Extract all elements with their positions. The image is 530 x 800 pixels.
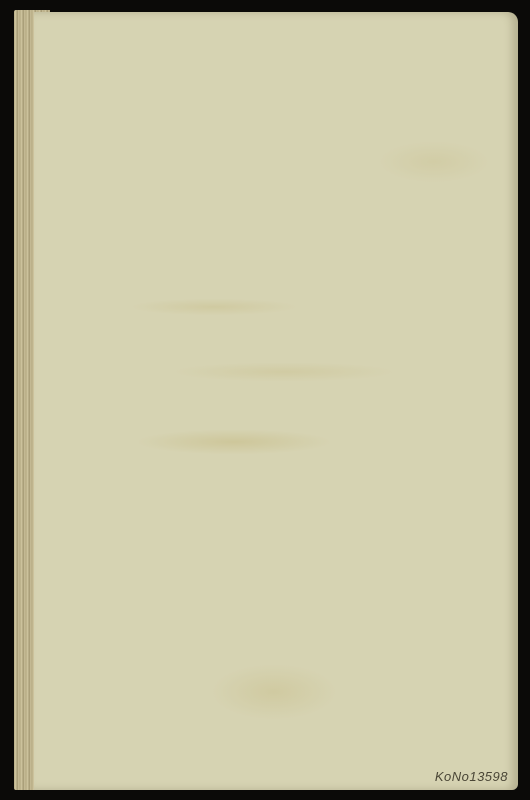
catalog-number: KoNo13598 [435,769,508,784]
blank-page: KoNo13598 [34,12,518,790]
